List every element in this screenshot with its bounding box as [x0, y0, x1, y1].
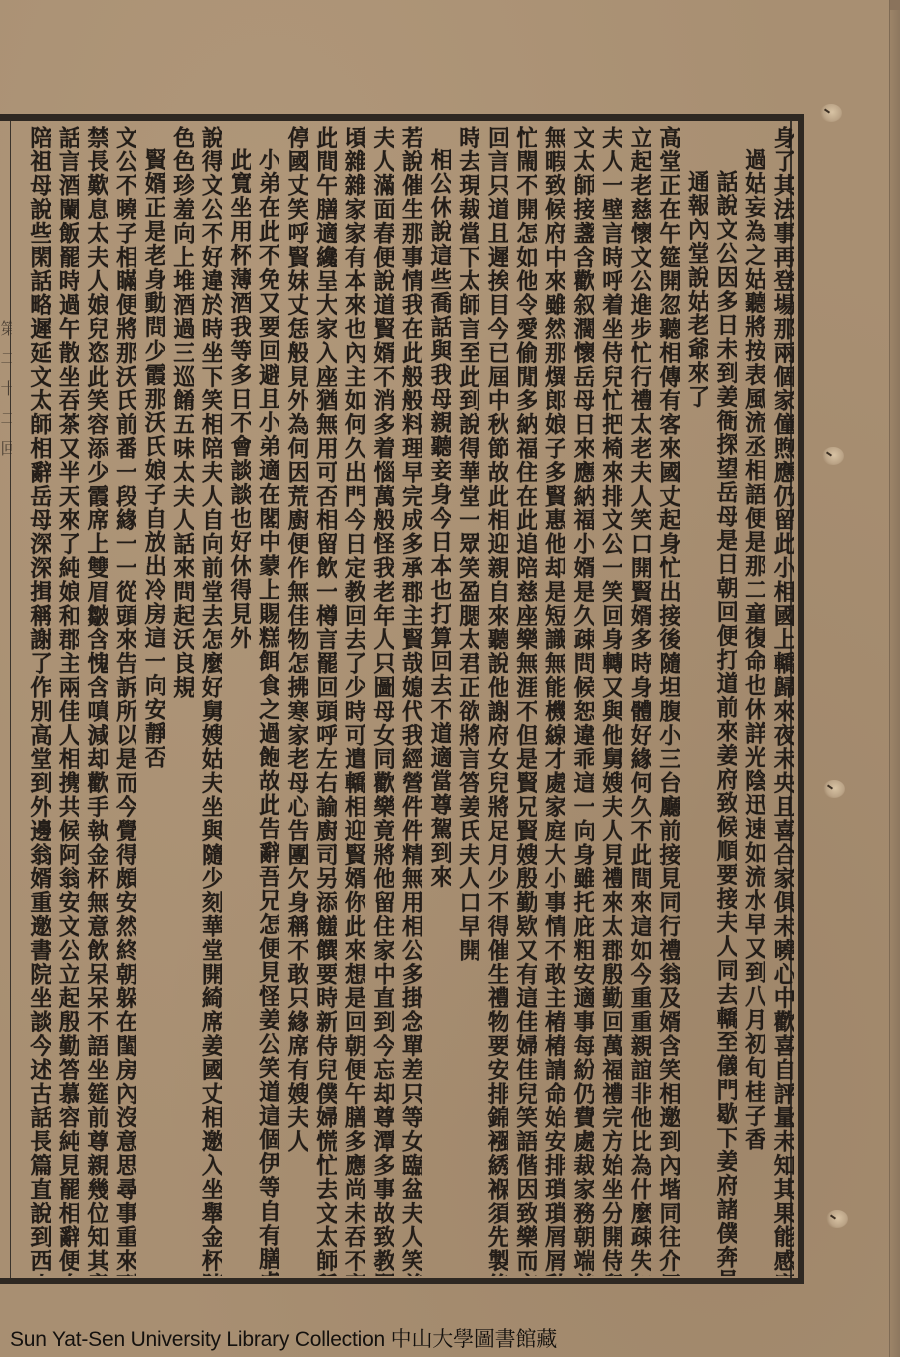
vertical-text-body: 身了其法事再登場那兩個家僮煦應仍留此小相國上轎歸來夜未央且喜合家俱未曉心中歡喜自… — [22, 126, 794, 1276]
text-column: 立起老慈懷文公進步忙行禮太老夫人笑口開賢婿多時身體好緣何久不此間來這如今重重親誼… — [622, 126, 651, 1276]
text-column: 夫人一壁言時呼着坐侍兒忙把椅來排文公一笑回身轉又與他舅嫂夫人見禮來太郡殷勤回萬福… — [594, 126, 623, 1276]
page-corner — [890, 0, 900, 10]
text-column: 話說文公因多日未到姜衙探望岳母是日朝回便打道前來姜府致候順要接夫人同去轎至儀門歇… — [708, 126, 737, 1276]
text-column: 通報內堂說姑老爺來了 — [680, 126, 709, 1276]
text-column: 若說催生那事情我在此般般料理早完成多承郡主賢哉媳代我經營件件精無用相公多掛念單差… — [394, 126, 423, 1276]
library-collection-caption: Sun Yat-Sen University Library Collectio… — [10, 1323, 557, 1353]
text-column: 話言酒闌飯罷時過午散坐吞茶又半天來了純娘和郡主兩佳人相携共候阿翁安文公立起殷勤答… — [51, 126, 80, 1276]
text-column: 小弟在此不免又要回避且小弟適在閣中蒙上賜糕餌食之過飽故此告辭吾兄怎便見怪姜公笑道… — [251, 126, 280, 1276]
text-column: 相公休說這些喬話與我母親聽妾身今日本也打算回去不道適當尊駕到來 — [422, 126, 451, 1276]
binding-hole-icon — [822, 447, 844, 465]
text-column: 文太師接盞含歡叙濶懷岳母日來應納福小婿是久疎問候恕違乖這一向身雖托庇粗安適事每紛… — [565, 126, 594, 1276]
text-column: 此間午膳適纔呈大家入座猶無用可否相留飲一樽言罷回頭呼左右諭廚司另添饈饌要時新侍兒… — [308, 126, 337, 1276]
text-column: 高堂正在午筵開忽聽相傳有客來國丈起身忙出接後隨坦腹小三台廳前接見同行禮翁及婿含笑… — [651, 126, 680, 1276]
binding-hole-icon — [820, 104, 842, 122]
text-column: 賢婿正是老身動問少霞那沃氏娘子自放出冷房這一向安靜否 — [136, 126, 165, 1276]
spine-chapter-label: 第二十二回 — [0, 320, 12, 470]
text-column: 忙閙不開怎如他令愛偷閒多納福住在此追陪慈座樂無涯不但是賢兄賢嫂殷勤欵又有這佳婦佳… — [508, 126, 537, 1276]
text-column: 時去現裁當下太師言至此到說得華堂一眾笑盈腮太君正欲將言答姜氏夫人口早開 — [451, 126, 480, 1276]
text-column: 夫人滿面春便說道賢婿不消多着惱萬般怪我老年人只圖母女同歡樂竟將他留住家中直到今忘… — [365, 126, 394, 1276]
text-column: 頃雜雜家家有本來也內主如何久出門今日定教回去了少時可遣轎相迎賢婿你此來想是回朝便… — [337, 126, 366, 1276]
text-column: 陪祖母說些閑話略遲延文太師相辭岳母深深揖稱謝了作別高堂到外邊翁婿重邀書院坐談今述… — [22, 126, 51, 1276]
text-column: 回言只道且遲挨目今已屆中秋節故此相迎親自來聽說他謝府女兒將足月少不得催生禮物要安… — [479, 126, 508, 1276]
page-right-edge — [889, 0, 900, 1357]
text-column: 禁長歎息太夫人娘兒恣此笑容添少霞席上雙眉皺含愧含嗔減却歡手執金杯無意飲呆呆不語坐… — [79, 126, 108, 1276]
text-column: 無暇致候府中來雖然那熼郎娘子多賢惠他却是短識無能機線才處家庭大小事情不敢主椿椿請… — [537, 126, 566, 1276]
binding-hole-icon — [823, 780, 845, 798]
text-column: 過姑妄為之姑聽將按表風流丞相語便是那二童復命也休詳光陰迅速如流水早又到八月初旬桂… — [737, 126, 766, 1276]
text-column: 停國丈笑呼賢妹丈恁般見外為何因荒廚便作無佳物怎拂寒家老母心告團欠身稱不敢只緣席有… — [279, 126, 308, 1276]
text-column: 說得文公不好違於時坐下笑相陪夫人自向前堂去怎麼好舅嫂姑夫坐與隨少刻華堂開綺席姜國… — [194, 126, 223, 1276]
text-column: 身了其法事再登場那兩個家僮煦應仍留此小相國上轎歸來夜未央且喜合家俱未曉心中歡喜自… — [765, 126, 794, 1276]
binding-hole-icon — [826, 1210, 848, 1228]
text-column: 色色珍羞向上堆酒過三巡餚五味太夫人話來問起沃良規 — [165, 126, 194, 1276]
text-column: 此寬坐用杯薄酒我等多日不會談談也好休得見外 — [222, 126, 251, 1276]
spine-margin: 第二十二回 — [0, 120, 12, 1275]
text-column: 文公不曉子相瞞便將那沃氏前番一段緣一一從頭來告訴所以是而今覺得頗安然終朝躲在閨房… — [108, 126, 137, 1276]
